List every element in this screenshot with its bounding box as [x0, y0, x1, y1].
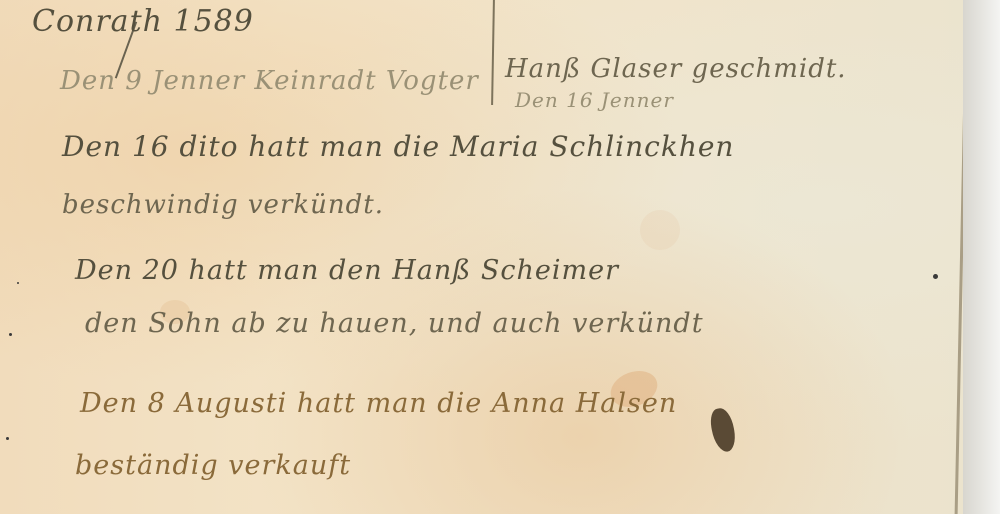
- manuscript-page: Conrath 1589 Den 9 Jenner Keinradt Vogte…: [0, 0, 968, 514]
- entry-line-5: Den 20 hatt man den Hanß Scheimer: [75, 255, 619, 286]
- ink-blot: [708, 406, 737, 453]
- water-stain: [640, 210, 680, 250]
- entry-line-3: Den 16 dito hatt man die Maria Schlinckh…: [62, 130, 734, 163]
- page-heading: Conrath 1589: [32, 4, 254, 39]
- entry-line-1-left: Den 9 Jenner Keinradt Vogter: [60, 66, 479, 96]
- interlinear-note: Den 16 Jenner: [515, 88, 674, 112]
- ink-speck: [17, 282, 19, 284]
- ink-speck: [933, 274, 938, 279]
- entry-line-1-right: Hanß Glaser geschmidt.: [505, 54, 847, 84]
- entry-line-7: Den 8 Augusti hatt man die Anna Halsen: [80, 388, 677, 419]
- ink-descender: [491, 0, 495, 105]
- entry-line-4: beschwindig verkündt.: [62, 190, 384, 220]
- book-binding: [963, 0, 1000, 514]
- entry-line-8: beständig verkauft: [75, 450, 351, 481]
- ink-speck: [6, 437, 9, 440]
- ink-speck: [9, 333, 12, 336]
- entry-line-6: den Sohn ab zu hauen, und auch verkündt: [85, 308, 704, 339]
